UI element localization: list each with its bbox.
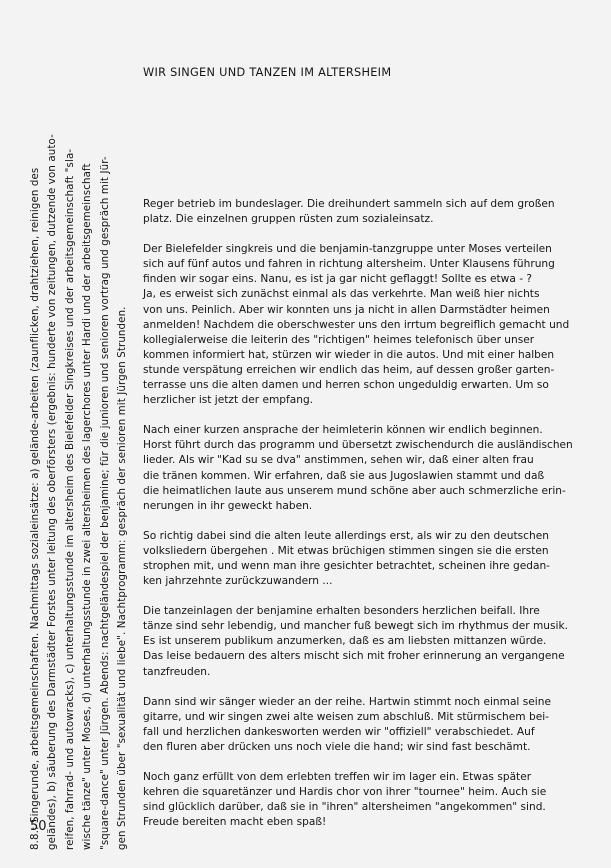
text-line: nerungen in ihr geweckt haben. (143, 499, 603, 514)
text-line: strophen mit, und wenn man ihre gesichte… (143, 559, 603, 574)
text-line: Freude bereiten macht eben spaß! (143, 815, 603, 830)
page-number: 50 (30, 819, 47, 834)
text-line: lieder. Als wir "Kad su se dva" anstimme… (143, 453, 603, 468)
text-line: tanzfreuden. (143, 665, 603, 680)
text-line: Horst führt durch das programm und übers… (143, 438, 603, 453)
paragraph-3: Nach einer kurzen ansprache der heimlete… (143, 423, 603, 514)
text-line: Nach einer kurzen ansprache der heimlete… (143, 423, 603, 438)
sidebar-line: wische tänze" unter Moses, d) unterhaltu… (79, 10, 96, 850)
text-line: Der Bielefelder singkreis und die benjam… (143, 242, 603, 257)
text-line: platz. Die einzelnen gruppen rüsten zum … (143, 212, 603, 227)
text-line: Reger betrieb im bundeslager. Die dreihu… (143, 197, 603, 212)
sidebar-line: "square-dance" unter Jürgen. Abends: nac… (97, 10, 114, 850)
text-line: So richtig dabei sind die alten leute al… (143, 529, 603, 544)
paragraph-2: Der Bielefelder singkreis und die benjam… (143, 242, 603, 408)
sidebar-line: gen Strunden über "sexualität und liebe"… (114, 10, 131, 850)
text-line: stunde verspätung erreichen wir endlich … (143, 363, 603, 378)
text-line: Es ist unserem publikum anzumerken, daß … (143, 634, 603, 649)
text-line: kommen informiert hat, stürzen wir wiede… (143, 348, 603, 363)
text-line: Dann sind wir sänger wieder an der reihe… (143, 695, 603, 710)
text-line: sind glücklich darüber, daß sie in "ihre… (143, 800, 603, 815)
text-line: sich auf fünf autos und fahren in richtu… (143, 257, 603, 272)
text-line: die heimatlichen laute aus unserem mund … (143, 484, 603, 499)
sidebar-line: 8.8.: Singerunde, arbeitsgemeinschaften.… (27, 10, 44, 850)
text-line: Noch ganz erfüllt von dem erlebten treff… (143, 770, 603, 785)
text-line: den fluren aber drücken uns noch viele d… (143, 740, 603, 755)
paragraph-5: Die tanzeinlagen der benjamine erhalten … (143, 604, 603, 679)
sidebar-line: reifen, fahrrad- und autowracks), c) unt… (62, 10, 79, 850)
program-sidebar-rotated: 8.8.: Singerunde, arbeitsgemeinschaften.… (27, 10, 131, 850)
paragraph-4: So richtig dabei sind die alten leute al… (143, 529, 603, 589)
text-line: Das leise bedauern des alters mischt sic… (143, 649, 603, 664)
text-line: ken jahrzehnte zurückzuwandern ... (143, 574, 603, 589)
text-line: herzlicher ist jetzt der empfang. (143, 393, 603, 408)
text-line: fall und herzlichen dankesworten werden … (143, 725, 603, 740)
text-line: gitarre, und wir singen zwei alte weisen… (143, 710, 603, 725)
sidebar-line: geländes), b) säuberung des Darmstädter … (44, 10, 61, 850)
text-line: finden wir sogar eins. Nanu, es ist ja g… (143, 272, 603, 287)
article-body: Reger betrieb im bundeslager. Die dreihu… (143, 197, 603, 845)
article-title: WIR SINGEN UND TANZEN IM ALTERSHEIM (143, 66, 391, 79)
text-line: Ja, es erweist sich zunächst einmal als … (143, 287, 603, 302)
paragraph-1: Reger betrieb im bundeslager. Die dreihu… (143, 197, 603, 227)
paragraph-6: Dann sind wir sänger wieder an der reihe… (143, 695, 603, 755)
text-line: Die tanzeinlagen der benjamine erhalten … (143, 604, 603, 619)
text-line: kehren die squaretänzer und Hardis chor … (143, 785, 603, 800)
document-page: 8.8.: Singerunde, arbeitsgemeinschaften.… (0, 0, 611, 868)
text-line: kollegialerweise die leiterin des "richt… (143, 333, 603, 348)
text-line: terrasse uns die alten damen und herren … (143, 378, 603, 393)
text-line: anmelden! Nachdem die oberschwester uns … (143, 318, 603, 333)
text-line: die tränen kommen. Wir erfahren, daß sie… (143, 469, 603, 484)
text-line: volksliedern übergehen . Mit etwas brüch… (143, 544, 603, 559)
paragraph-7: Noch ganz erfüllt von dem erlebten treff… (143, 770, 603, 830)
text-line: von uns. Peinlich. Aber wir konnten uns … (143, 303, 603, 318)
text-line: tänze sind sehr lebendig, und mancher fu… (143, 619, 603, 634)
